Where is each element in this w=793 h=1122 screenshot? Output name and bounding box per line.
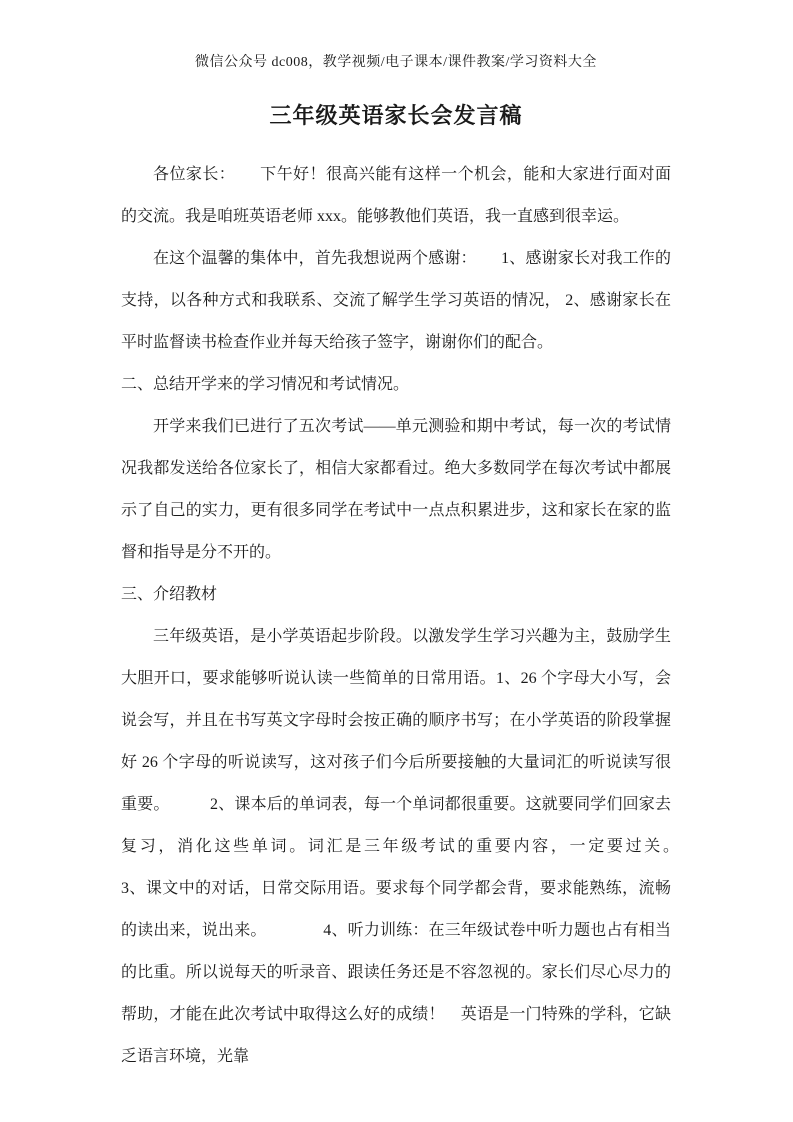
paragraph: 在这个温馨的集体中，首先我想说两个感谢： 1、感谢家长对我工作的支持，以各种方式… [121, 238, 671, 364]
section-heading: 二、总结开学来的学习情况和考试情况。 [121, 364, 671, 406]
document-body: 各位家长： 下午好！很高兴能有这样一个机会，能和大家进行面对面的交流。我是咱班英… [121, 154, 671, 1078]
document-page: 微信公众号 dc008，教学视频/电子课本/课件教案/学习资料大全 三年级英语家… [0, 0, 793, 1122]
paragraph: 开学来我们已进行了五次考试——单元测验和期中考试，每一次的考试情况我都发送给各位… [121, 406, 671, 574]
paragraph: 各位家长： 下午好！很高兴能有这样一个机会，能和大家进行面对面的交流。我是咱班英… [121, 154, 671, 238]
page-title: 三年级英语家长会发言稿 [121, 100, 671, 132]
section-heading: 三、介绍教材 [121, 574, 671, 616]
header-note: 微信公众号 dc008，教学视频/电子课本/课件教案/学习资料大全 [121, 53, 671, 73]
paragraph: 三年级英语，是小学英语起步阶段。以激发学生学习兴趣为主，鼓励学生大胆开口，要求能… [121, 616, 671, 1078]
